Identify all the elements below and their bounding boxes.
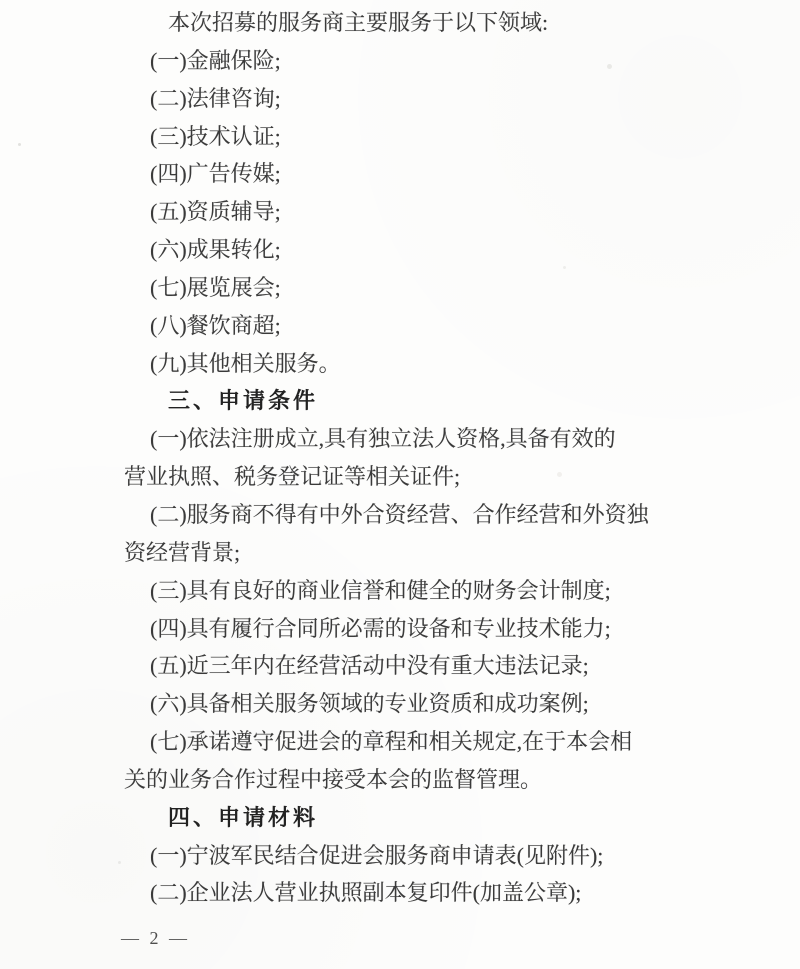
service-area-item-5: (五)资质辅导;	[124, 193, 690, 231]
condition-line-3: (三)具有良好的商业信誉和健全的财务会计制度;	[124, 572, 690, 610]
condition-line-1-cont: 营业执照、税务登记证等相关证件;	[124, 458, 690, 496]
service-area-item-8: (八)餐饮商超;	[124, 307, 690, 345]
scan-noise	[18, 143, 21, 146]
section-heading-conditions: 三、申请条件	[124, 382, 690, 420]
condition-line-1: (一)依法注册成立,具有独立法人资格,具备有效的	[124, 420, 690, 458]
material-item-1: (一)宁波军民结合促进会服务商申请表(见附件);	[124, 837, 690, 875]
condition-line-7: (七)承诺遵守促进会的章程和相关规定,在于本会相	[124, 723, 690, 761]
service-area-item-9: (九)其他相关服务。	[124, 345, 690, 383]
scanned-document-page: 本次招募的服务商主要服务于以下领域: (一)金融保险; (二)法律咨询; (三)…	[0, 0, 800, 969]
condition-line-2: (二)服务商不得有中外合资经营、合作经营和外资独	[124, 496, 690, 534]
service-area-item-6: (六)成果转化;	[124, 231, 690, 269]
condition-line-4: (四)具有履行合同所必需的设备和专业技术能力;	[124, 610, 690, 648]
page-number: — 2 —	[121, 926, 190, 950]
condition-line-5: (五)近三年内在经营活动中没有重大违法记录;	[124, 647, 690, 685]
section-heading-materials: 四、申请材料	[124, 799, 690, 837]
document-text: 本次招募的服务商主要服务于以下领域: (一)金融保险; (二)法律咨询; (三)…	[124, 4, 690, 912]
condition-line-2-cont: 资经营背景;	[124, 534, 690, 572]
service-area-item-3: (三)技术认证;	[124, 118, 690, 156]
service-area-item-7: (七)展览展会;	[124, 269, 690, 307]
condition-line-7-cont: 关的业务合作过程中接受本会的监督管理。	[124, 761, 690, 799]
intro-line: 本次招募的服务商主要服务于以下领域:	[124, 4, 690, 42]
material-item-2: (二)企业法人营业执照副本复印件(加盖公章);	[124, 874, 690, 912]
condition-line-6: (六)具备相关服务领域的专业资质和成功案例;	[124, 685, 690, 723]
service-area-item-2: (二)法律咨询;	[124, 80, 690, 118]
service-area-item-1: (一)金融保险;	[124, 42, 690, 80]
service-area-item-4: (四)广告传媒;	[124, 155, 690, 193]
